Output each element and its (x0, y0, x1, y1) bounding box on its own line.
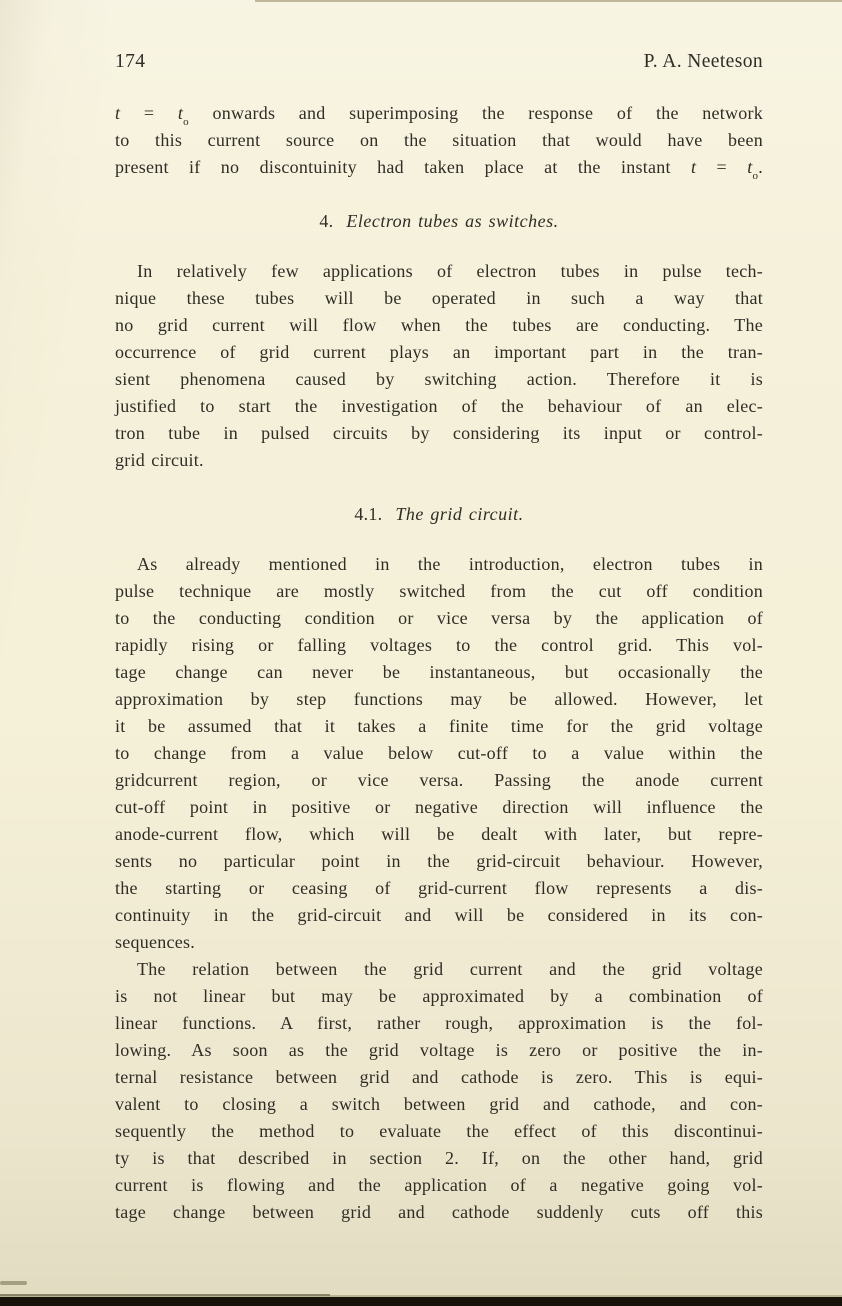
section-heading: 4.1.The grid circuit. (115, 501, 763, 528)
section-title: The grid circuit. (395, 504, 523, 524)
text-line: cut-off point in positive or negative di… (115, 794, 763, 821)
text-line: to change from a value below cut-off to … (115, 740, 763, 767)
text-line: occurrence of grid current plays an impo… (115, 339, 763, 366)
text-line: lowing. As soon as the grid voltage is z… (115, 1037, 763, 1064)
text-line: to the conducting condition or vice vers… (115, 605, 763, 632)
text-line: tage change can never be instantaneous, … (115, 659, 763, 686)
paragraph: As already mentioned in the introduction… (115, 551, 763, 956)
text-line: t = to onwards and superimposing the res… (115, 100, 763, 127)
section-title: Electron tubes as switches. (346, 211, 558, 231)
running-header: 174 P. A. Neeteson (115, 50, 763, 74)
text-line: justified to start the investigation of … (115, 393, 763, 420)
text-line: grid circuit. (115, 447, 763, 474)
text-line: sequently the method to evaluate the eff… (115, 1118, 763, 1145)
text-line: valent to closing a switch between grid … (115, 1091, 763, 1118)
text-line: In relatively few applications of electr… (115, 258, 763, 285)
scan-artifact-top-edge (255, 0, 842, 2)
book-page-scan: 174 P. A. Neeteson t = to onwards and su… (0, 0, 842, 1306)
text-line: tron tube in pulsed circuits by consider… (115, 420, 763, 447)
page-content: 174 P. A. Neeteson t = to onwards and su… (115, 50, 763, 1226)
text-line: tage change between grid and cathode sud… (115, 1199, 763, 1226)
section-number: 4. (319, 211, 333, 231)
text-line: present if no discontuinity had taken pl… (115, 154, 763, 181)
text-line: it be assumed that it takes a finite tim… (115, 713, 763, 740)
page-number: 174 (115, 50, 145, 74)
section-heading: 4.Electron tubes as switches. (115, 208, 763, 235)
text-line: linear functions. A first, rather rough,… (115, 1010, 763, 1037)
text-line: current is flowing and the application o… (115, 1172, 763, 1199)
paragraph: In relatively few applications of electr… (115, 258, 763, 474)
text-line: As already mentioned in the introduction… (115, 551, 763, 578)
section-number: 4.1. (354, 504, 382, 524)
text-line: no grid current will flow when the tubes… (115, 312, 763, 339)
text-line: sequences. (115, 929, 763, 956)
text-line: is not linear but may be approximated by… (115, 983, 763, 1010)
page-body-text: t = to onwards and superimposing the res… (115, 100, 763, 1226)
scan-artifact-speck (0, 1281, 27, 1285)
paragraph: t = to onwards and superimposing the res… (115, 100, 763, 181)
text-line: continuity in the grid-circuit and will … (115, 902, 763, 929)
text-line: rapidly rising or falling voltages to th… (115, 632, 763, 659)
text-line: sient phenomena caused by switching acti… (115, 366, 763, 393)
text-line: to this current source on the situation … (115, 127, 763, 154)
running-head-author: P. A. Neeteson (644, 50, 763, 74)
text-line: ty is that described in section 2. If, o… (115, 1145, 763, 1172)
paragraph: The relation between the grid current an… (115, 956, 763, 1226)
scan-artifact-bottom-bar (0, 1297, 842, 1306)
text-line: nique these tubes will be operated in su… (115, 285, 763, 312)
text-line: ternal resistance between grid and catho… (115, 1064, 763, 1091)
text-line: gridcurrent region, or vice versa. Passi… (115, 767, 763, 794)
text-line: sents no particular point in the grid-ci… (115, 848, 763, 875)
text-line: anode-current flow, which will be dealt … (115, 821, 763, 848)
text-line: approximation by step functions may be a… (115, 686, 763, 713)
text-line: The relation between the grid current an… (115, 956, 763, 983)
text-line: pulse technique are mostly switched from… (115, 578, 763, 605)
text-line: the starting or ceasing of grid-current … (115, 875, 763, 902)
